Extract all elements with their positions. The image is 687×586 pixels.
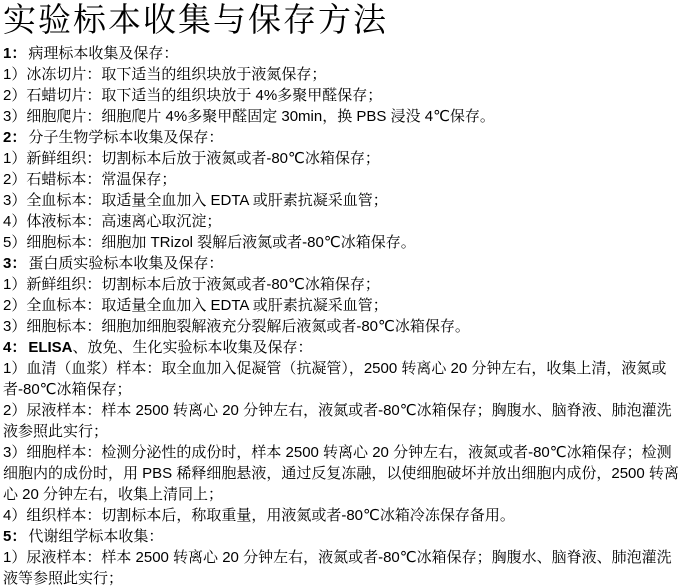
section-heading: 4：ELISA、放免、生化实验标本收集及保存：: [3, 337, 685, 358]
section-heading: 5：代谢组学标本收集：: [3, 526, 685, 547]
section: 1：病理标本收集及保存： 1）冰冻切片：取下适当的组织块放于液氮保存； 2）石蜡…: [3, 43, 685, 127]
section-heading: 1：病理标本收集及保存：: [3, 43, 685, 64]
section-items: 1）血清（血浆）样本：取全血加入促凝管（抗凝管），2500 转离心 20 分钟左…: [3, 358, 685, 526]
section-heading-text: 病理标本收集及保存：: [28, 45, 178, 62]
section-number: 1：: [3, 45, 26, 62]
document-page: 实验标本收集与保存方法 1：病理标本收集及保存： 1）冰冻切片：取下适当的组织块…: [3, 2, 685, 586]
section-items: 1）新鲜组织：切割标本后放于液氮或者-80℃冰箱保存； 2）全血标本：取适量全血…: [3, 274, 685, 337]
list-item: 3）细胞标本：细胞加细胞裂解液充分裂解后液氮或者-80℃冰箱保存。: [3, 316, 685, 337]
list-item: 1）冰冻切片：取下适当的组织块放于液氮保存；: [3, 64, 685, 85]
section-heading-text: 代谢组学标本收集：: [28, 528, 163, 545]
section-items: 1）尿液样本：样本 2500 转离心 20 分钟左右，液氮或者-80℃冰箱保存；…: [3, 547, 685, 586]
section-heading: 2：分子生物学标本收集及保存：: [3, 127, 685, 148]
section-heading-text: 蛋白质实验标本收集及保存：: [28, 255, 223, 272]
list-item: 4）体液标本：高速离心取沉淀；: [3, 211, 685, 232]
list-item: 3）全血标本：取适量全血加入 EDTA 或肝素抗凝采血管；: [3, 190, 685, 211]
list-item: 4）组织样本：切割标本后，称取重量，用液氮或者-80℃冰箱冷冻保存备用。: [3, 505, 685, 526]
section-heading-bold: ELISA: [28, 339, 72, 356]
list-item: 3）细胞爬片：细胞爬片 4%多聚甲醛固定 30min，换 PBS 浸没 4℃保存…: [3, 106, 685, 127]
section-number: 3：: [3, 255, 26, 272]
section-number: 2：: [3, 129, 26, 146]
list-item: 3）细胞样本：检测分泌性的成份时，样本 2500 转离心 20 分钟左右，液氮或…: [3, 442, 685, 505]
section-heading-text: 、放免、生化实验标本收集及保存：: [73, 339, 313, 356]
list-item: 1）新鲜组织：切割标本后放于液氮或者-80℃冰箱保存；: [3, 148, 685, 169]
list-item: 5）细胞标本：细胞加 TRizol 裂解后液氮或者-80℃冰箱保存。: [3, 232, 685, 253]
list-item: 1）新鲜组织：切割标本后放于液氮或者-80℃冰箱保存；: [3, 274, 685, 295]
list-item: 2）尿液样本：样本 2500 转离心 20 分钟左右，液氮或者-80℃冰箱保存；…: [3, 400, 685, 442]
list-item: 2）石蜡标本：常温保存；: [3, 169, 685, 190]
section: 3：蛋白质实验标本收集及保存： 1）新鲜组织：切割标本后放于液氮或者-80℃冰箱…: [3, 253, 685, 337]
section-items: 1）新鲜组织：切割标本后放于液氮或者-80℃冰箱保存； 2）石蜡标本：常温保存；…: [3, 148, 685, 253]
section-heading-text: 分子生物学标本收集及保存：: [28, 129, 223, 146]
section: 2：分子生物学标本收集及保存： 1）新鲜组织：切割标本后放于液氮或者-80℃冰箱…: [3, 127, 685, 253]
list-item: 2）全血标本：取适量全血加入 EDTA 或肝素抗凝采血管；: [3, 295, 685, 316]
list-item: 1）血清（血浆）样本：取全血加入促凝管（抗凝管），2500 转离心 20 分钟左…: [3, 358, 685, 400]
section-number: 4：: [3, 339, 26, 356]
section-number: 5：: [3, 528, 26, 545]
sections-container: 1：病理标本收集及保存： 1）冰冻切片：取下适当的组织块放于液氮保存； 2）石蜡…: [3, 43, 685, 586]
section: 5：代谢组学标本收集： 1）尿液样本：样本 2500 转离心 20 分钟左右，液…: [3, 526, 685, 586]
section: 4：ELISA、放免、生化实验标本收集及保存： 1）血清（血浆）样本：取全血加入…: [3, 337, 685, 526]
list-item: 1）尿液样本：样本 2500 转离心 20 分钟左右，液氮或者-80℃冰箱保存；…: [3, 547, 685, 586]
section-items: 1）冰冻切片：取下适当的组织块放于液氮保存； 2）石蜡切片：取下适当的组织块放于…: [3, 64, 685, 127]
list-item: 2）石蜡切片：取下适当的组织块放于 4%多聚甲醛保存；: [3, 85, 685, 106]
page-title: 实验标本收集与保存方法: [3, 2, 685, 40]
section-heading: 3：蛋白质实验标本收集及保存：: [3, 253, 685, 274]
